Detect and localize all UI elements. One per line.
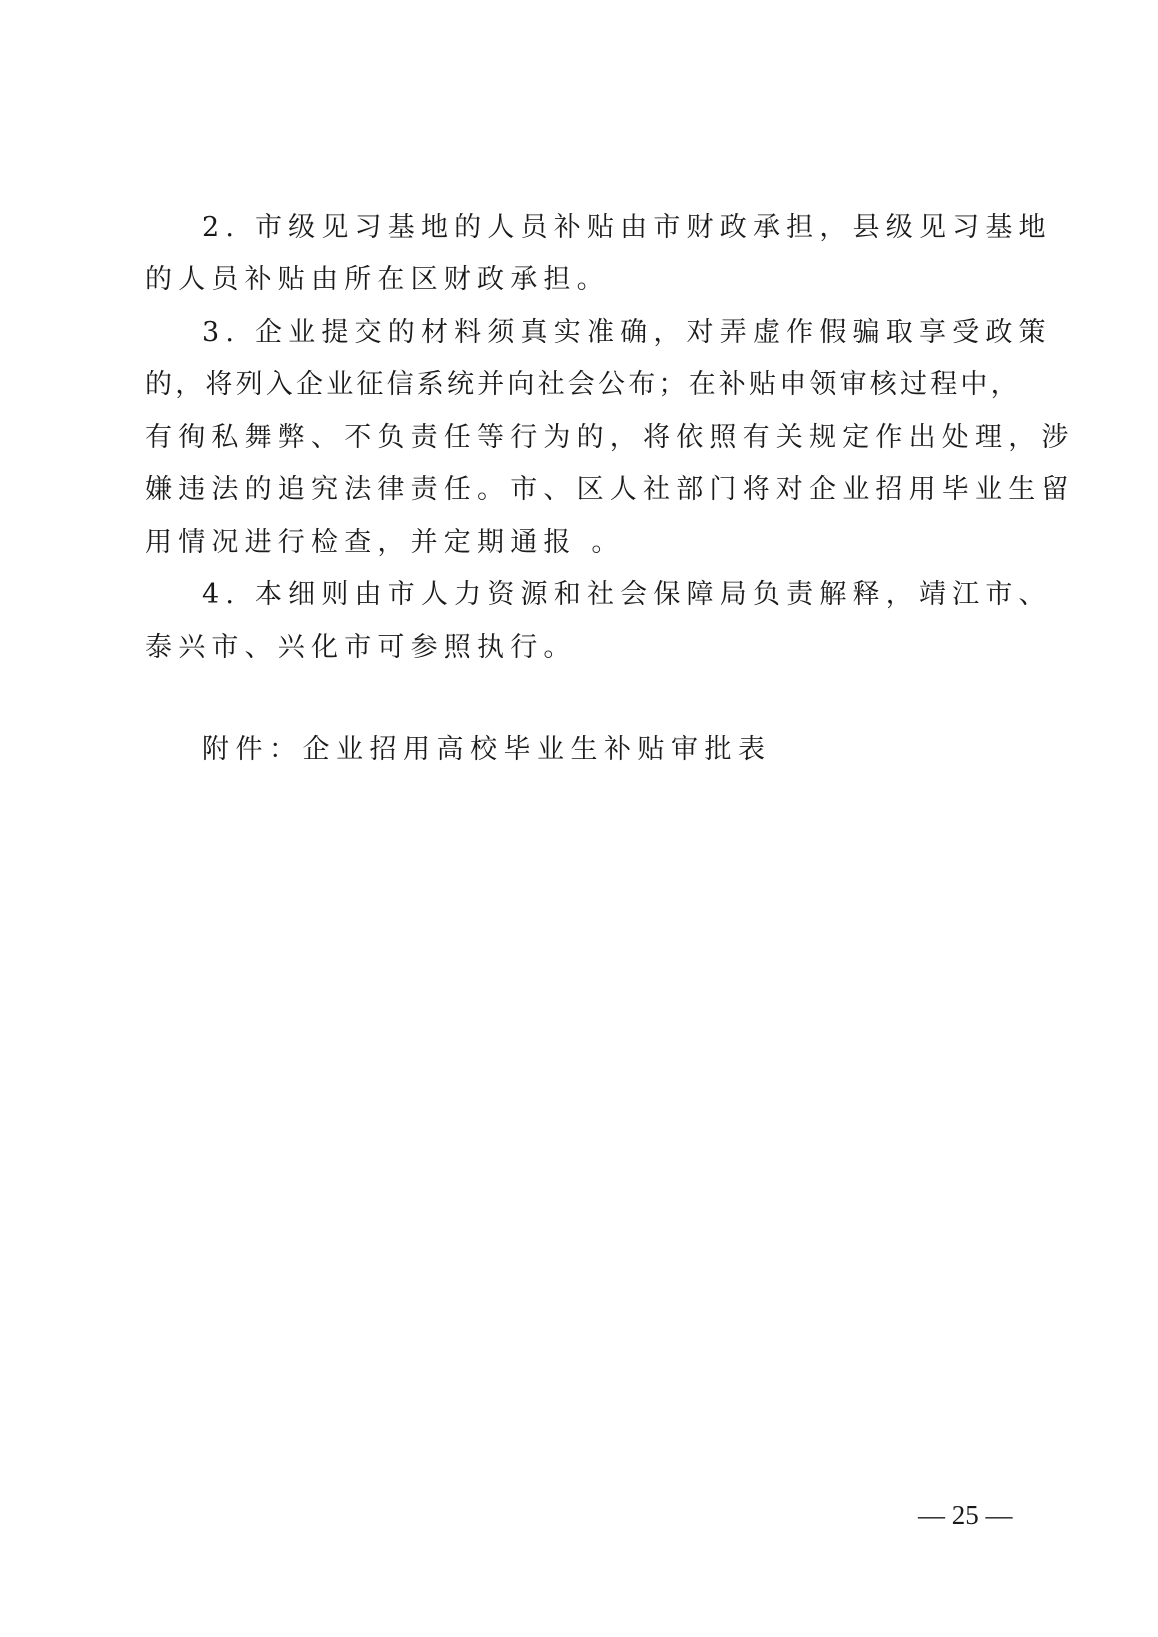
- page-number: — 25 —: [918, 1498, 1013, 1532]
- paragraph-3-line-2: 的，将列入企业征信系统并向社会公布；在补贴申领审核过程中，: [145, 368, 967, 402]
- paragraph-3-line-4: 嫌违法的追究法律责任。市、区人社部门将对企业招用毕业生留: [145, 473, 967, 507]
- paragraph-2-line-2: 的人员补贴由所在区财政承担。: [145, 263, 967, 297]
- attachment-note: 附件：企业招用高校毕业生补贴审批表: [202, 733, 772, 767]
- paragraph-3-line-1: 3. 企业提交的材料须真实准确，对弄虚作假骗取享受政策: [202, 316, 967, 350]
- paragraph-2-line-1: 2. 市级见习基地的人员补贴由市财政承担，县级见习基地: [202, 211, 967, 245]
- paragraph-3-line-5: 用情况进行检查，并定期通报 。: [145, 526, 967, 560]
- document-page: 2. 市级见习基地的人员补贴由市财政承担，县级见习基地 的人员补贴由所在区财政承…: [0, 0, 1158, 1637]
- paragraph-3-line-3: 有徇私舞弊、不负责任等行为的，将依照有关规定作出处理，涉: [145, 421, 967, 455]
- paragraph-4-line-1: 4. 本细则由市人力资源和社会保障局负责解释，靖江市、: [202, 578, 967, 612]
- paragraph-4-line-2: 泰兴市、兴化市可参照执行。: [145, 631, 967, 665]
